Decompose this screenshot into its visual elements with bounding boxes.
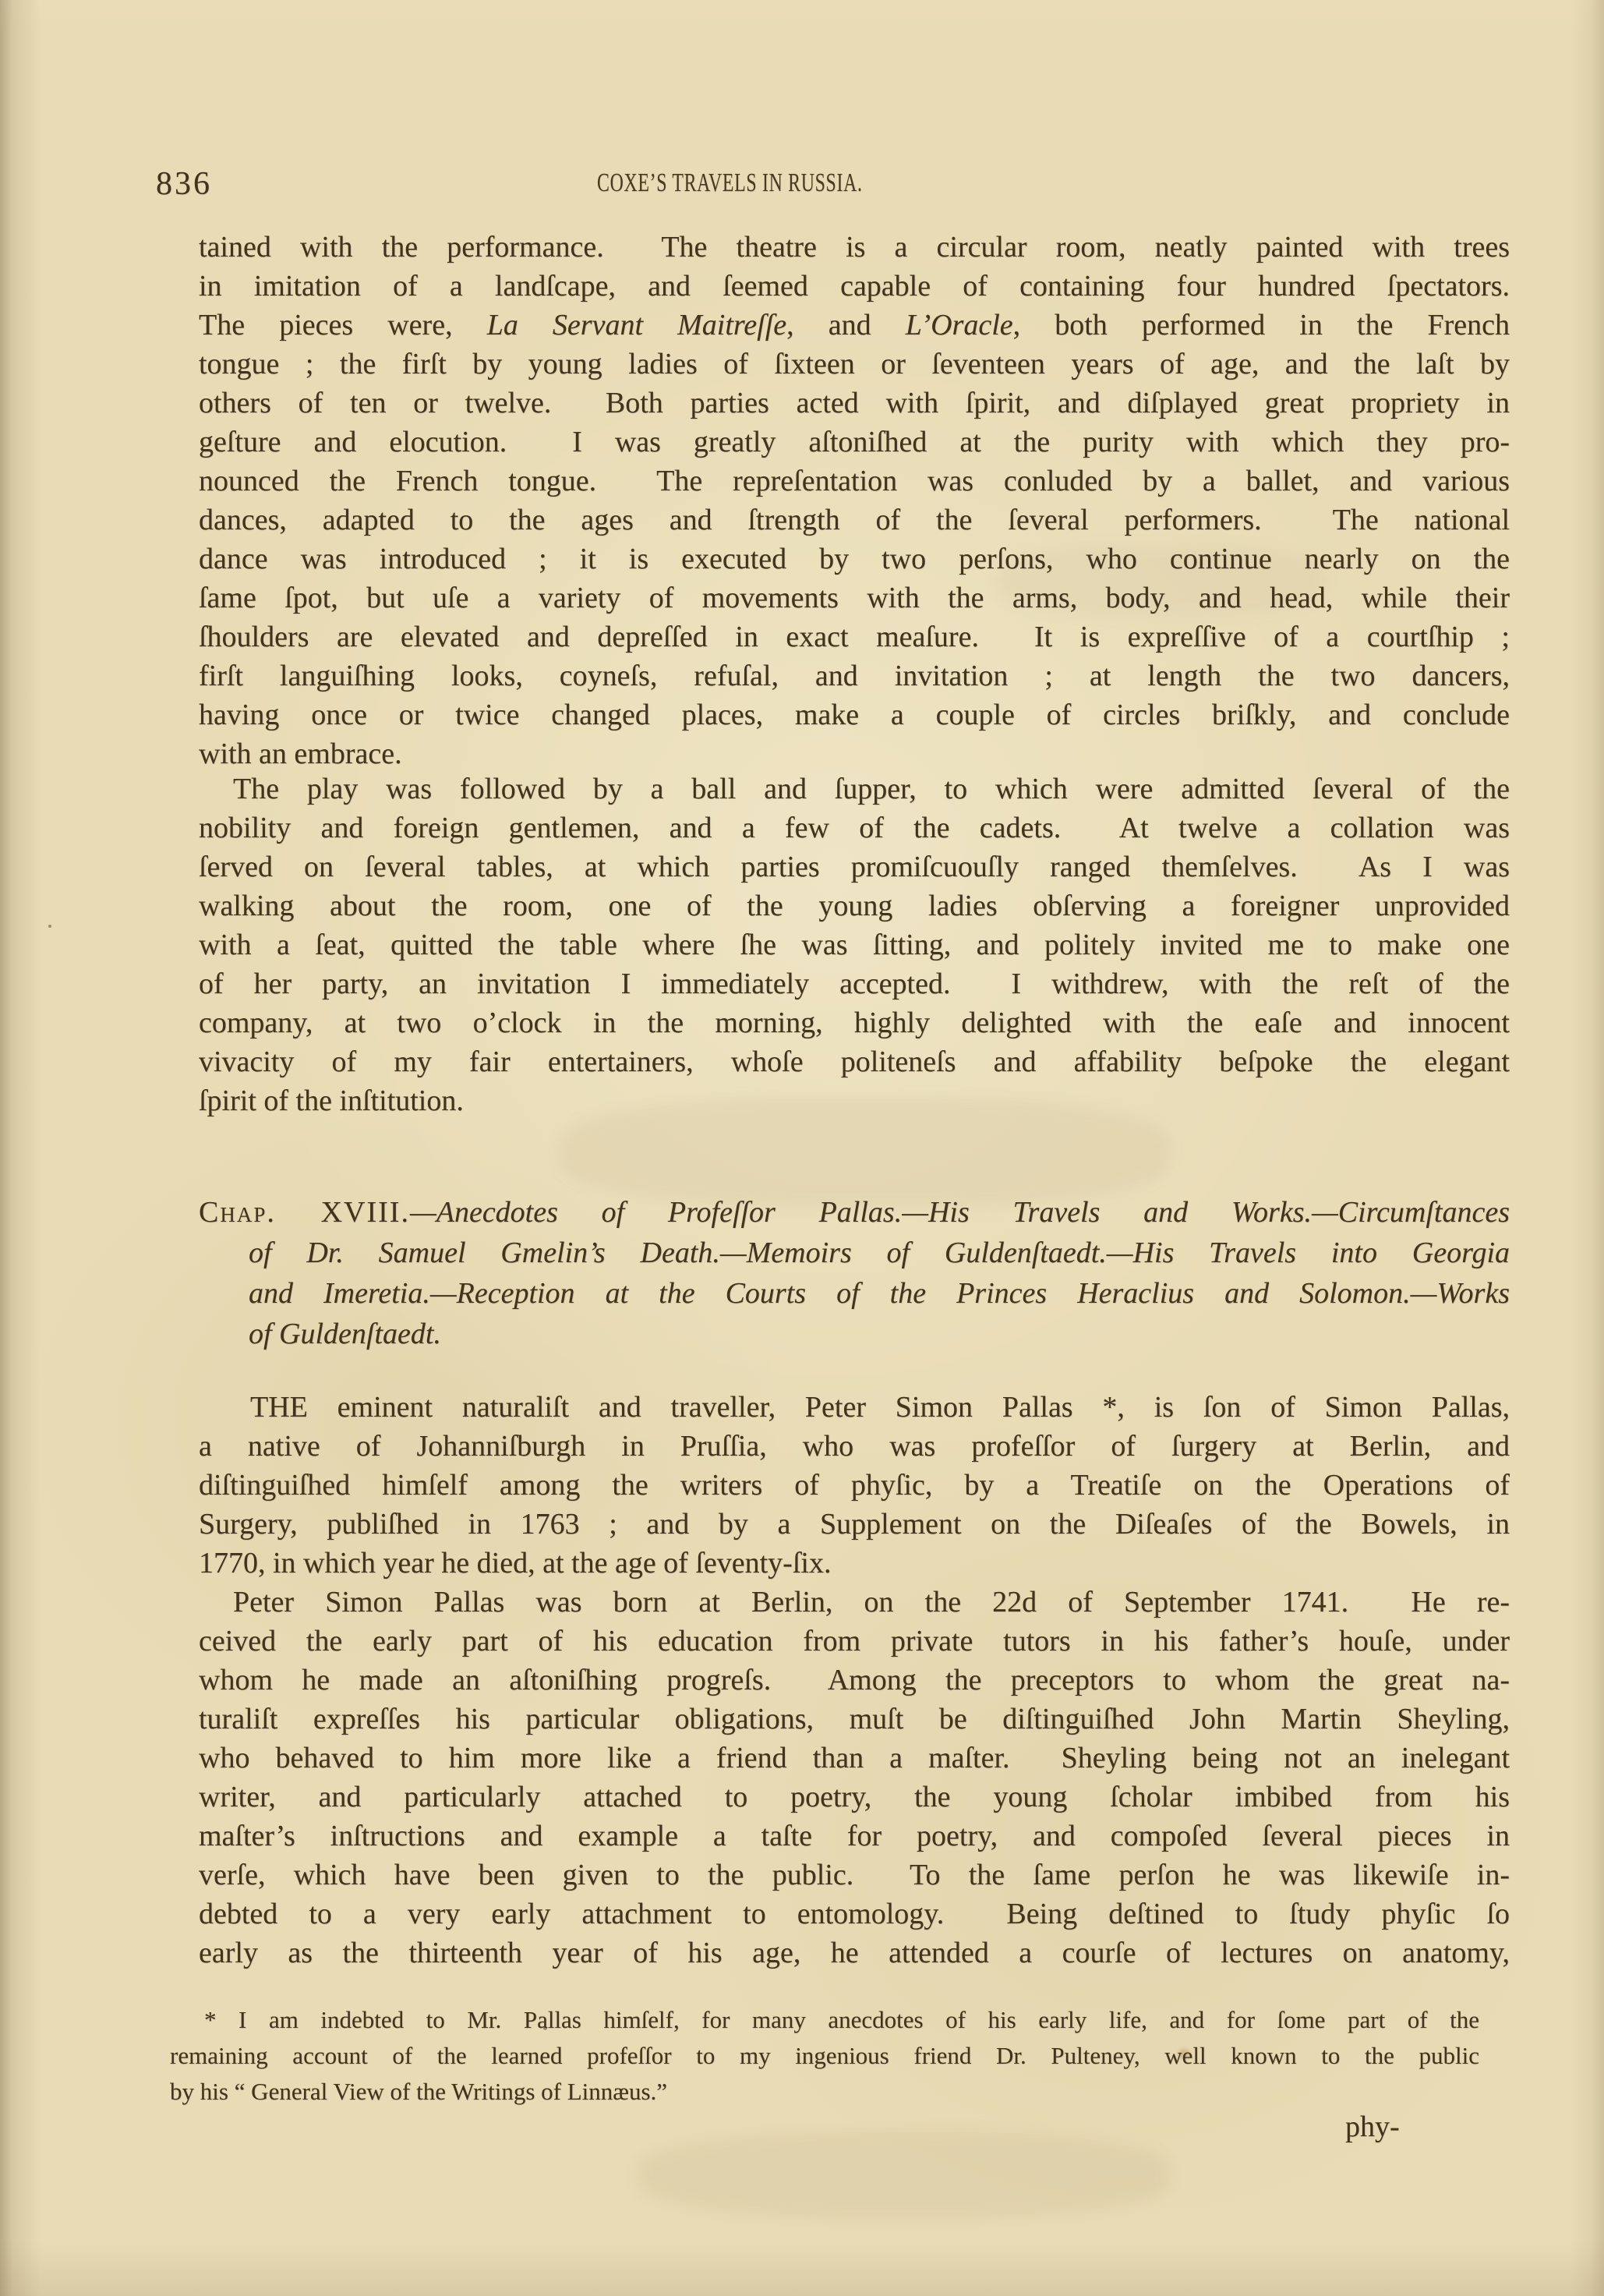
- text-line: ceived the early part of his education f…: [199, 1622, 1510, 1661]
- text-line: debted to a very early attachment to ent…: [199, 1894, 1510, 1933]
- paragraph-theatre-performance: tained with the performance. The theatre…: [199, 228, 1510, 773]
- text-line: The pieces were, La Servant Maitreſſe, a…: [199, 306, 1510, 345]
- chapter-heading: Chap. XVIII.—Anecdotes of Profeſſor Pall…: [199, 1192, 1510, 1354]
- chapter-label: Chap. XVIII.: [199, 1196, 410, 1229]
- text-line: verſe, which have been given to the publ…: [199, 1856, 1510, 1894]
- text-line: dance was introduced ; it is executed by…: [199, 540, 1510, 578]
- footnote-line: * I am indebted to Mr. Pallas himſelf, f…: [170, 2002, 1479, 2038]
- text-line: THE eminent naturaliſt and traveller, Pe…: [199, 1388, 1510, 1427]
- text-line: others of ten or twelve. Both parties ac…: [199, 384, 1510, 423]
- text-line: Peter Simon Pallas was born at Berlin, o…: [199, 1583, 1510, 1622]
- text-line: ſpirit of the inſtitution.: [199, 1081, 1510, 1120]
- ink-speck: [48, 925, 51, 928]
- paragraph-pallas-intro: THE eminent naturaliſt and traveller, Pe…: [199, 1388, 1510, 1583]
- text-line: tained with the performance. The theatre…: [199, 228, 1510, 267]
- text-line: nounced the French tongue. The repreſent…: [199, 462, 1510, 501]
- text-line: maſter’s inſtructions and example a taſt…: [199, 1817, 1510, 1856]
- text-segment: L’Oracle: [906, 309, 1013, 341]
- text-line: ſame ſpot, but uſe a variety of movement…: [199, 578, 1510, 617]
- text-line: early as the thirteenth year of his age,…: [199, 1933, 1510, 1972]
- text-segment: The pieces were,: [199, 309, 487, 341]
- text-line: company, at two o’clock in the morning, …: [199, 1003, 1510, 1042]
- text-line: of her party, an invitation I immediatel…: [199, 964, 1510, 1003]
- text-line: diſtinguiſhed himſelf among the writers …: [199, 1466, 1510, 1505]
- text-segment: La Servant Maitreſſe: [487, 309, 786, 341]
- text-line: tongue ; the firſt by young ladies of ſi…: [199, 345, 1510, 384]
- text-line: with a ſeat, quitted the table where ſhe…: [199, 925, 1510, 964]
- text-line: having once or twice changed places, mak…: [199, 695, 1510, 734]
- heading-line: Chap. XVIII.—Anecdotes of Profeſſor Pall…: [199, 1192, 1510, 1233]
- paragraph-ball-and-supper: The play was followed by a ball and ſupp…: [199, 769, 1510, 1120]
- footnote-line: remaining account of the learned profeſſ…: [170, 2038, 1479, 2074]
- page-number: 836: [156, 165, 212, 203]
- text-line: nobility and foreign gentlemen, and a fe…: [199, 808, 1510, 847]
- paragraph-pallas-biography: Peter Simon Pallas was born at Berlin, o…: [199, 1583, 1510, 1972]
- text-line: ſhoulders are elevated and depreſſed in …: [199, 617, 1510, 656]
- text-line: who behaved to him more like a friend th…: [199, 1739, 1510, 1778]
- text-line: vivacity of my fair entertainers, whoſe …: [199, 1042, 1510, 1081]
- showthrough-smudge: [639, 2132, 1169, 2218]
- footnote-line: by his “ General View of the Writings of…: [170, 2074, 1479, 2110]
- heading-line: of Guldenſtaedt.: [199, 1314, 1510, 1354]
- book-page: 836 COXE’S TRAVELS IN RUSSIA. tained wit…: [0, 0, 1604, 2296]
- heading-line: of Dr. Samuel Gmelin’s Death.—Memoirs of…: [199, 1233, 1510, 1273]
- text-line: whom he made an aſtoniſhing progreſs. Am…: [199, 1661, 1510, 1700]
- text-line: a native of Johanniſburgh in Pruſſia, wh…: [199, 1427, 1510, 1466]
- text-segment: —Anecdotes of Profeſſor Pallas.—His Trav…: [410, 1196, 1510, 1229]
- text-line: Surgery, publiſhed in 1763 ; and by a Su…: [199, 1505, 1510, 1544]
- text-line: firſt languiſhing looks, coyneſs, refuſa…: [199, 656, 1510, 695]
- footnote: * I am indebted to Mr. Pallas himſelf, f…: [170, 2002, 1479, 2110]
- catchword: phy-: [1345, 2110, 1400, 2144]
- text-line: writer, and particularly attached to poe…: [199, 1778, 1510, 1817]
- text-line: with an embrace.: [199, 734, 1510, 773]
- text-line: turaliſt expreſſes his particular obliga…: [199, 1700, 1510, 1739]
- text-line: ſerved on ſeveral tables, at which parti…: [199, 847, 1510, 886]
- text-line: in imitation of a landſcape, and ſeemed …: [199, 267, 1510, 306]
- text-segment: , and: [786, 309, 906, 341]
- text-line: dances, adapted to the ages and ſtrength…: [199, 501, 1510, 540]
- text-line: geſture and elocution. I was greatly aſt…: [199, 423, 1510, 462]
- text-line: The play was followed by a ball and ſupp…: [199, 769, 1510, 808]
- text-line: 1770, in which year he died, at the age …: [199, 1544, 1510, 1583]
- heading-line: and Imeretia.—Reception at the Courts of…: [199, 1273, 1510, 1314]
- text-segment: , both performed in the French: [1013, 309, 1510, 341]
- text-line: walking about the room, one of the young…: [199, 886, 1510, 925]
- running-title: COXE’S TRAVELS IN RUSSIA.: [597, 168, 863, 198]
